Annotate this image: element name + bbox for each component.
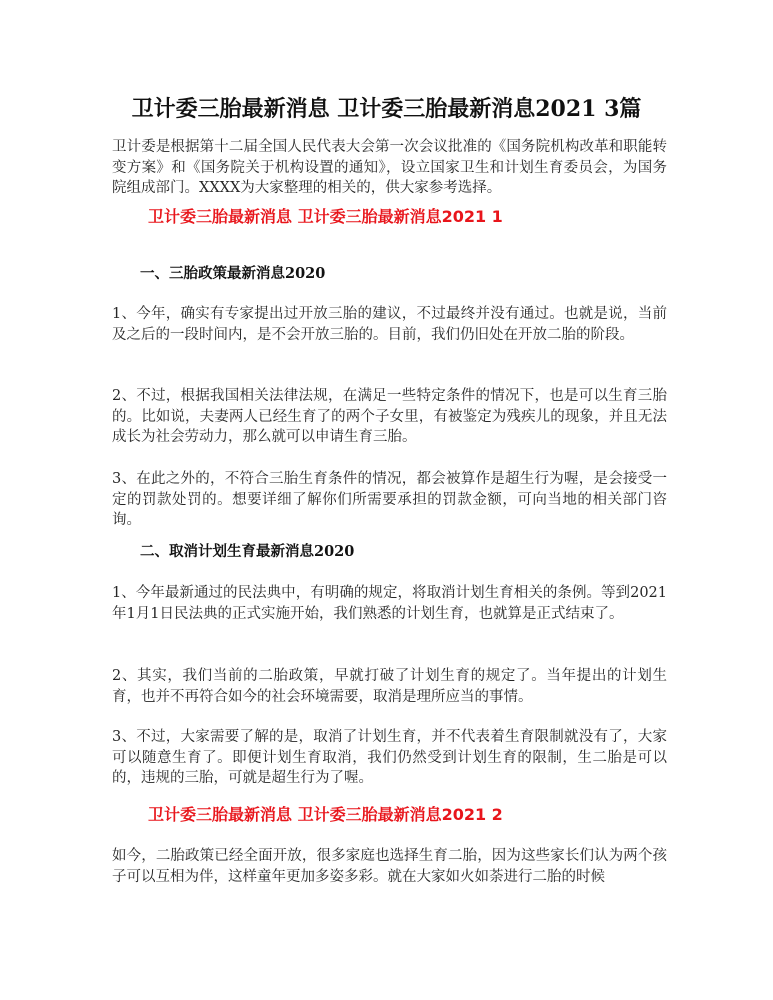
section-1-paragraph-2: 2、不过，根据我国相关法律法规，在满足一些特定条件的情况下，也是可以生育三胎的。… <box>112 386 667 448</box>
section-2-paragraph-1: 1、今年最新通过的民法典中，有明确的规定，将取消计划生育相关的条例。等到2021… <box>112 583 667 624</box>
document-title: 卫计委三胎最新消息 卫计委三胎最新消息2021 3篇 <box>0 92 773 123</box>
article-1-heading: 卫计委三胎最新消息 卫计委三胎最新消息2021 1 <box>148 204 503 227</box>
section-1-heading: 一、三胎政策最新消息2020 <box>140 262 325 283</box>
section-1-paragraph-1: 1、今年，确实有专家提出过开放三胎的建议，不过最终并没有通过。也就是说，当前及之… <box>112 304 667 345</box>
intro-paragraph: 卫计委是根据第十二届全国人民代表大会第一次会议批准的《国务院机构改革和职能转变方… <box>112 137 667 199</box>
article-2-heading: 卫计委三胎最新消息 卫计委三胎最新消息2021 2 <box>148 802 503 825</box>
section-2-heading: 二、取消计划生育最新消息2020 <box>140 540 354 561</box>
document-page: 卫计委三胎最新消息 卫计委三胎最新消息2021 3篇 卫计委是根据第十二届全国人… <box>0 0 773 1000</box>
section-1-paragraph-3: 3、在此之外的，不符合三胎生育条件的情况，都会被算作是超生行为喔，是会接受一定的… <box>112 469 667 531</box>
section-2-paragraph-3: 3、不过，大家需要了解的是，取消了计划生育，并不代表着生育限制就没有了，大家可以… <box>112 727 667 789</box>
article-2-paragraph-1: 如今，二胎政策已经全面开放，很多家庭也选择生育二胎，因为这些家长们认为两个孩子可… <box>112 846 667 887</box>
section-2-paragraph-2: 2、其实，我们当前的二胎政策，早就打破了计划生育的规定了。当年提出的计划生育，也… <box>112 666 667 707</box>
